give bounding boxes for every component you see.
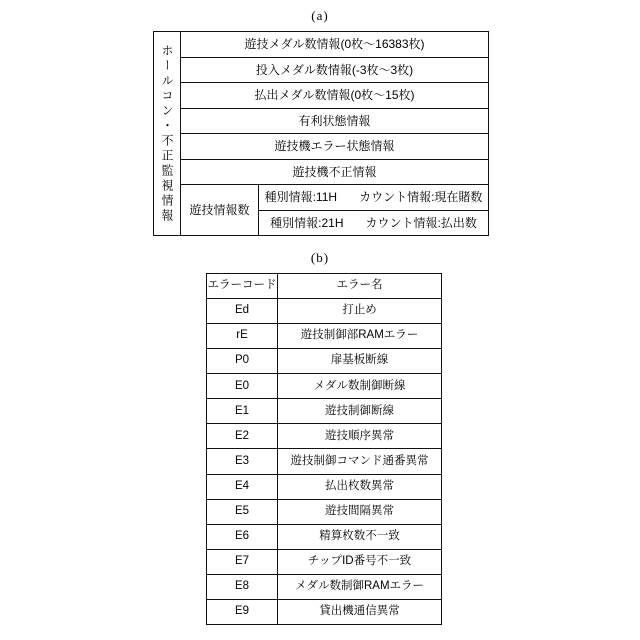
error-name-cell: メダル数制御RAMエラー <box>278 575 441 599</box>
table-a-gameinfo-entry: 種別情報:21H カウント情報:払出数 <box>259 211 488 236</box>
patent-figure-page: (a) ホールコン・不正監視情報 遊技メダル数情報(0枚〜16383枚) 投入メ… <box>0 0 640 640</box>
error-code-cell: E5 <box>207 500 277 524</box>
error-code-cell: P0 <box>207 349 277 373</box>
error-code-cell: rE <box>207 324 277 348</box>
table-a-gameinfo-entry: 種別情報:11H カウント情報:現在賭数 <box>259 185 488 210</box>
gameinfo-count-payout: カウント情報:払出数 <box>366 217 477 229</box>
error-name-cell: 扉基板断線 <box>278 349 441 373</box>
error-code-cell: E7 <box>207 550 277 574</box>
table-a-row-game-medal-count: 遊技メダル数情報(0枚〜16383枚) <box>181 32 488 57</box>
error-code-cell: E1 <box>207 399 277 423</box>
error-code-cell: E6 <box>207 525 277 549</box>
table-a-side-label: ホールコン・不正監視情報 <box>154 32 180 235</box>
figure-label-b: (b) <box>0 250 640 266</box>
table-a-row-inserted-medal-count: 投入メダル数情報(-3枚〜3枚) <box>181 58 488 83</box>
hallcon-monitoring-table: ホールコン・不正監視情報 遊技メダル数情報(0枚〜16383枚) 投入メダル数情… <box>153 31 489 236</box>
error-name-cell: 払出枚数異常 <box>278 475 441 499</box>
error-table-header-code: エラーコード <box>207 274 277 298</box>
gameinfo-type-21h: 種別情報:21H <box>270 217 343 229</box>
error-name-cell: メダル数制御断線 <box>278 374 441 398</box>
table-a-gameinfo-label: 遊技情報数 <box>181 185 258 235</box>
table-a-row-advantage-state: 有利状態情報 <box>181 109 488 134</box>
error-name-cell: チップID番号不一致 <box>278 550 441 574</box>
error-name-cell: 貸出機通信異常 <box>278 600 441 624</box>
error-name-cell: 遊技制御断線 <box>278 399 441 423</box>
error-code-cell: E9 <box>207 600 277 624</box>
error-code-cell: E8 <box>207 575 277 599</box>
table-a-row-payout-medal-count: 払出メダル数情報(0枚〜15枚) <box>181 83 488 108</box>
error-name-cell: 遊技制御コマンド通番異常 <box>278 449 441 473</box>
table-a-row-machine-error-state: 遊技機エラー状態情報 <box>181 134 488 159</box>
error-code-cell: E3 <box>207 449 277 473</box>
error-name-cell: 打止め <box>278 299 441 323</box>
error-code-cell: E4 <box>207 475 277 499</box>
gameinfo-count-current-bet: カウント情報:現在賭数 <box>359 191 482 203</box>
error-code-cell: E2 <box>207 424 277 448</box>
error-name-cell: 精算枚数不一致 <box>278 525 441 549</box>
error-code-cell: E0 <box>207 374 277 398</box>
error-code-table: エラーコード エラー名 Ed 打止め rE 遊技制御部RAMエラー P0 扉基板… <box>206 273 442 625</box>
table-a-row-machine-fraud: 遊技機不正情報 <box>181 160 488 185</box>
error-code-cell: Ed <box>207 299 277 323</box>
gameinfo-type-11h: 種別情報:11H <box>265 191 337 203</box>
error-name-cell: 遊技順序異常 <box>278 424 441 448</box>
error-name-cell: 遊技制御部RAMエラー <box>278 324 441 348</box>
figure-label-a: (a) <box>0 8 640 24</box>
error-name-cell: 遊技間隔異常 <box>278 500 441 524</box>
error-table-header-name: エラー名 <box>278 274 441 298</box>
